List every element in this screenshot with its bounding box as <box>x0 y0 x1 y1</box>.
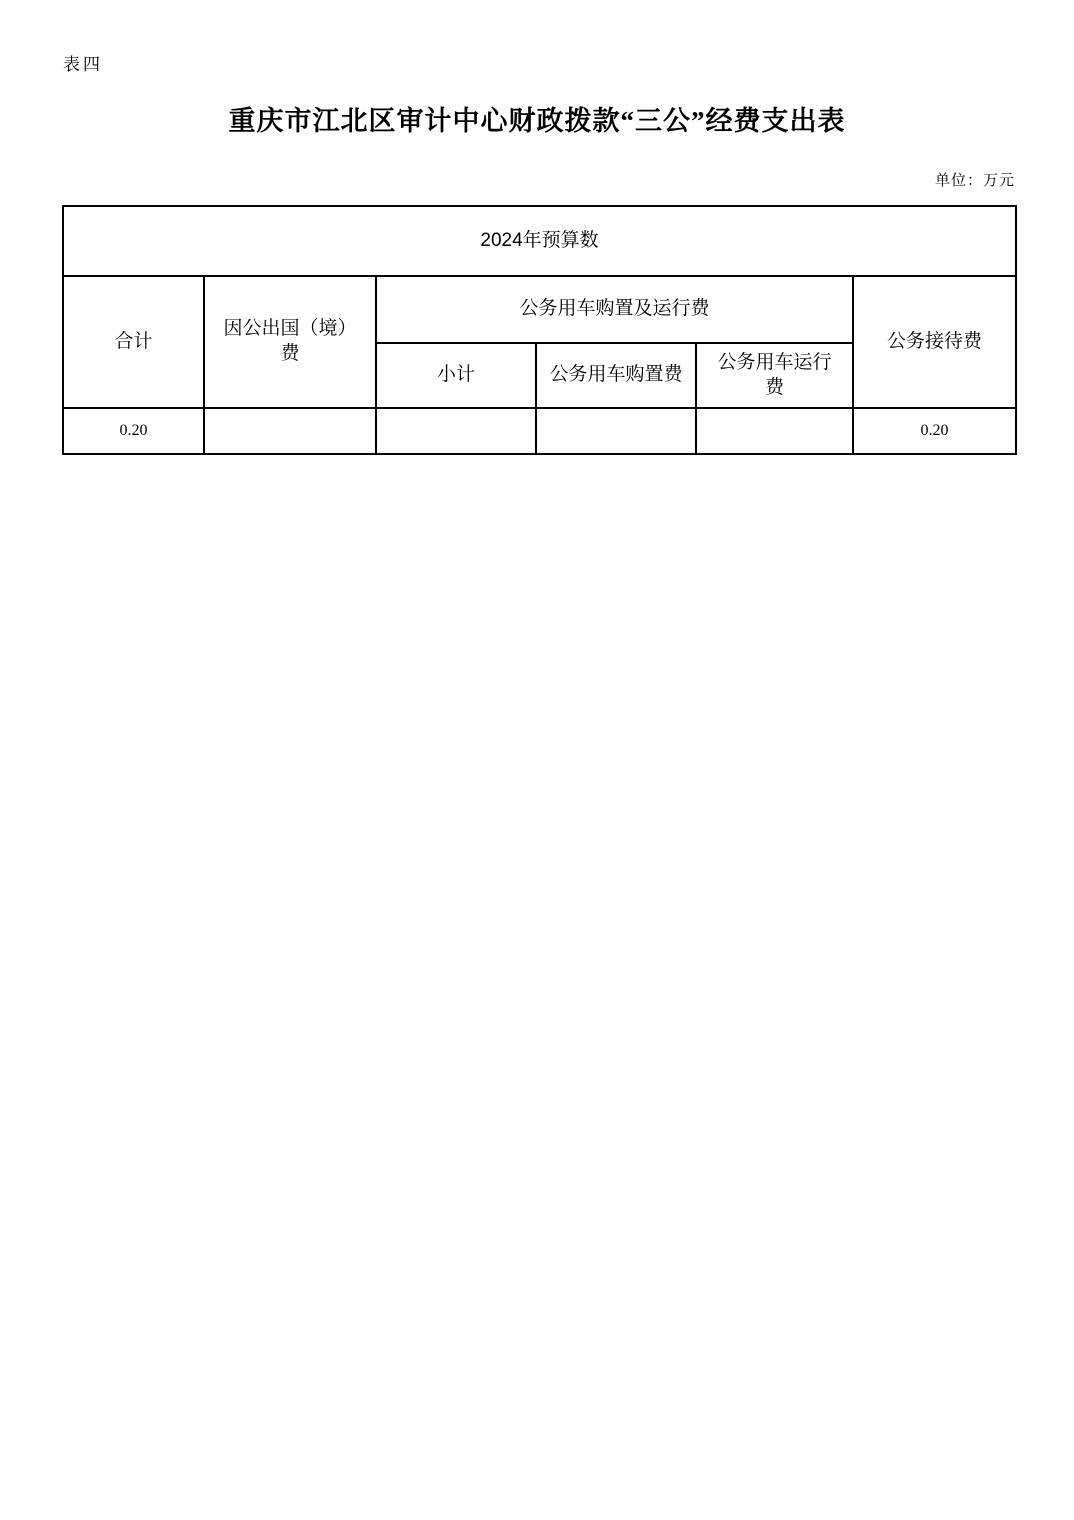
col-header-vehicle-operation: 公务用车运行 费 <box>696 343 853 408</box>
table-row: 0.20 0.20 <box>63 408 1016 454</box>
year-header-row: 2024年预算数 <box>63 206 1016 276</box>
cell-vehicle-operation <box>696 408 853 454</box>
expense-table: 2024年预算数 合计 因公出国（境） 费 公务用车购置及运行费 公务接待费 小… <box>62 205 1017 455</box>
cell-vehicle-purchase <box>536 408 696 454</box>
col-header-vehicle-group: 公务用车购置及运行费 <box>376 276 853 343</box>
year-header-cell: 2024年预算数 <box>63 206 1016 276</box>
column-header-row: 合计 因公出国（境） 费 公务用车购置及运行费 公务接待费 <box>63 276 1016 343</box>
cell-vehicle-subtotal <box>376 408 536 454</box>
col-header-reception: 公务接待费 <box>853 276 1016 408</box>
col-header-total: 合计 <box>63 276 204 408</box>
sheet-label: 表四 <box>63 50 103 75</box>
col-header-abroad: 因公出国（境） 费 <box>204 276 376 408</box>
unit-note: 单位：万元 <box>935 169 1015 190</box>
col-header-vehicle-purchase: 公务用车购置费 <box>536 343 696 408</box>
cell-abroad <box>204 408 376 454</box>
cell-total: 0.20 <box>63 408 204 454</box>
col-header-vehicle-subtotal: 小计 <box>376 343 536 408</box>
page-title: 重庆市江北区审计中心财政拨款“三公”经费支出表 <box>0 99 1074 138</box>
cell-reception: 0.20 <box>853 408 1016 454</box>
